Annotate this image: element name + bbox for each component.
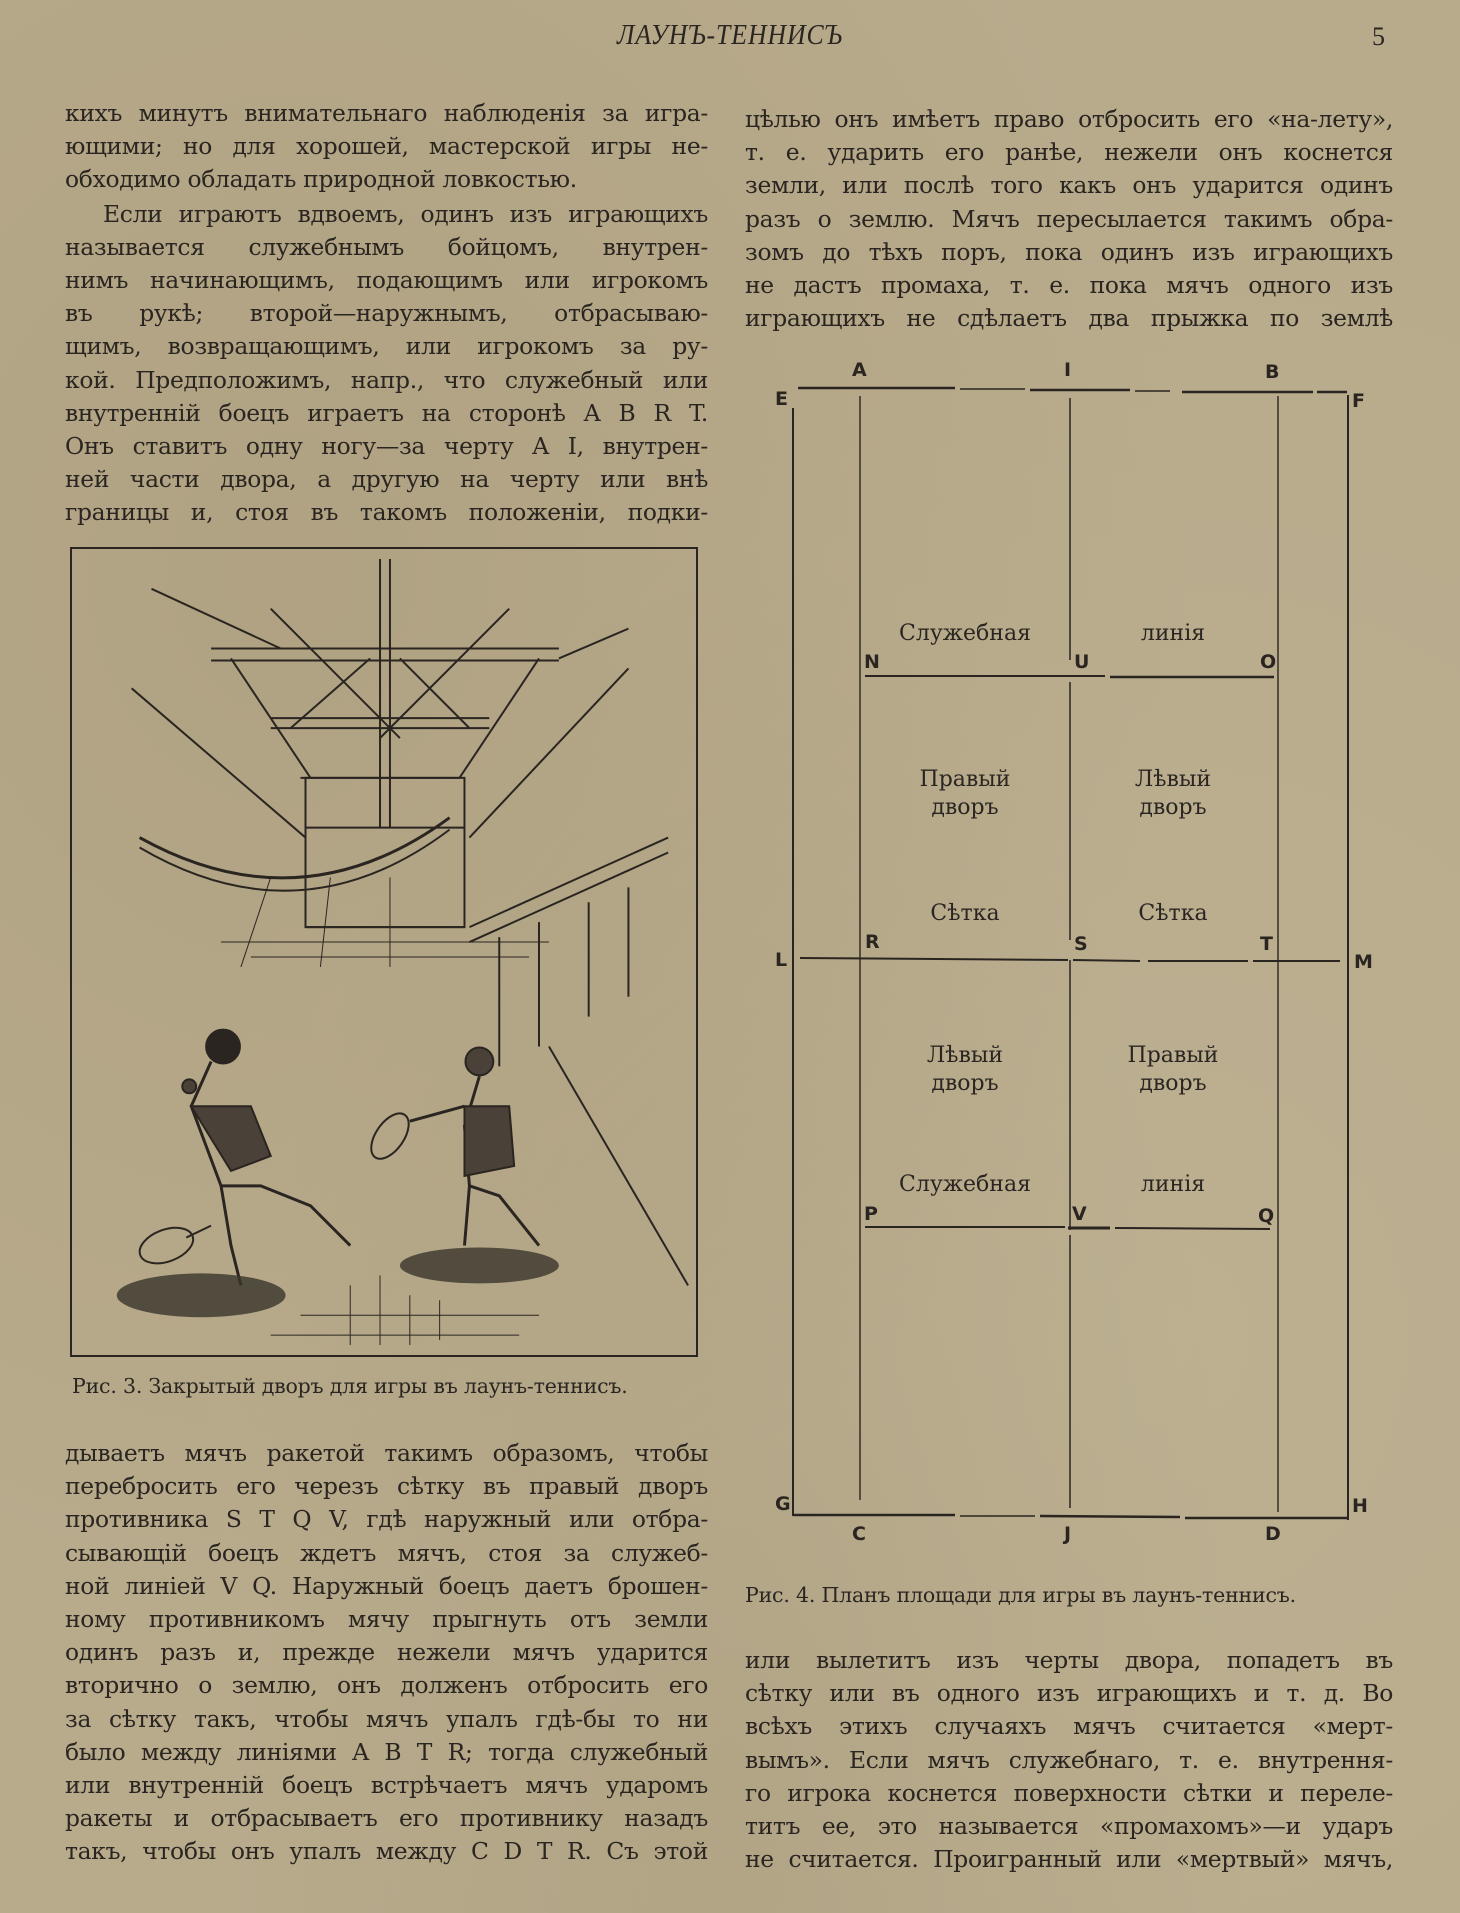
text-line: играющихъ не сдѣлаетъ два прыжка по земл… [745, 302, 1393, 335]
zone-label-lower-left-court-1: Лѣвый [927, 1043, 1003, 1068]
text-line: вымъ». Если мячъ служебнаго, т. е. внутр… [745, 1744, 1393, 1777]
paragraph-continuation: кихъ минутъ внимательнаго наблюденія за … [65, 97, 708, 197]
zone-label-lower-left-court-2: дворъ [931, 1071, 998, 1096]
text-line: ющими; но для хорошей, мастерской игры н… [65, 130, 708, 163]
text-line: вторично о землю, онъ долженъ отбросить … [65, 1669, 708, 1702]
zone-label-service-top-left: Служебная [899, 621, 1031, 646]
text-line: такъ, чтобы онъ упалъ между C D T R. Съ … [65, 1835, 708, 1868]
text-line: Онъ ставитъ одну ногу—за черту A I, внут… [65, 430, 708, 463]
zone-label-net-left: Сѣтка [930, 901, 999, 926]
point-label-T: T [1260, 933, 1273, 955]
text-line: внутренній боецъ играетъ на сторонѣ A B … [65, 397, 708, 430]
text-line: земли, или послѣ того какъ онъ ударится … [745, 169, 1393, 202]
point-label-R: R [865, 931, 880, 953]
figure-3-illustration [70, 547, 698, 1357]
text-line: разъ о землю. Мячъ пересылается такимъ о… [745, 203, 1393, 236]
text-line: нимъ начинающимъ, подающимъ или игрокомъ [65, 264, 708, 297]
left-column-bottom-text: дываетъ мячъ ракетой такимъ образомъ, чт… [65, 1437, 708, 1869]
figure-3-caption: Рис. 3. Закрытый дворъ для игры въ лаунъ… [72, 1374, 628, 1398]
text-line: ной линіей V Q. Наружный боецъ даетъ бро… [65, 1570, 708, 1603]
text-line: въ рукѣ; второй—наружнымъ, отбрасываю- [65, 297, 708, 330]
text-line: зомъ до тѣхъ поръ, пока одинъ изъ играющ… [745, 236, 1393, 269]
zone-label-service-bottom-right: линія [1141, 1172, 1205, 1197]
zone-label-lower-right-court-1: Правый [1128, 1043, 1219, 1068]
point-label-V: V [1072, 1203, 1087, 1225]
paragraph-dead-ball: или вылетитъ изъ черты двора, попадетъ в… [745, 1644, 1393, 1876]
text-line: было между линіями A B T R; тогда служеб… [65, 1736, 708, 1769]
text-line: границы и, стоя въ такомъ положеніи, под… [65, 496, 708, 529]
point-label-S: S [1074, 933, 1088, 955]
point-label-O: O [1260, 651, 1276, 673]
point-label-E: E [775, 388, 788, 410]
point-label-C: C [852, 1523, 866, 1545]
text-line: не дастъ промаха, т. е. пока мячъ одного… [745, 269, 1393, 302]
figure-4-caption: Рис. 4. Планъ площади для игры въ лаунъ-… [745, 1583, 1296, 1607]
point-label-L: L [775, 949, 787, 971]
text-line: перебросить его черезъ сѣтку въ правый д… [65, 1470, 708, 1503]
text-line: дываетъ мячъ ракетой такимъ образомъ, чт… [65, 1437, 708, 1470]
point-label-F: F [1352, 390, 1365, 412]
point-label-I: I [1064, 359, 1071, 381]
text-line: или внутренній боецъ встрѣчаетъ мячъ уда… [65, 1769, 708, 1802]
text-line: титъ ее, это называется «промахомъ»—и уд… [745, 1810, 1393, 1843]
indoor-court-engraving-icon [72, 549, 696, 1355]
right-column-bottom-text: или вылетитъ изъ черты двора, попадетъ в… [745, 1644, 1393, 1876]
text-line: сывающій боецъ ждетъ мячъ, стоя за служе… [65, 1537, 708, 1570]
zone-label-service-top-right: линія [1141, 621, 1205, 646]
text-line: ракеты и отбрасываетъ его противнику наз… [65, 1802, 708, 1835]
text-line: Если играютъ вдвоемъ, одинъ изъ играющих… [65, 198, 708, 231]
paragraph-serve: дываетъ мячъ ракетой такимъ образомъ, чт… [65, 1437, 708, 1869]
point-label-M: M [1354, 951, 1373, 973]
point-label-H: H [1352, 1495, 1368, 1517]
text-line: ней части двора, а другую на черту или в… [65, 463, 708, 496]
text-line: кихъ минутъ внимательнаго наблюденія за … [65, 97, 708, 130]
text-line: одинъ разъ и, прежде нежели мячъ ударитс… [65, 1636, 708, 1669]
point-label-A: A [852, 359, 867, 381]
zone-label-upper-left-court-1: Лѣвый [1135, 767, 1211, 792]
point-label-Q: Q [1258, 1205, 1274, 1227]
text-line: называется служебнымъ бойцомъ, внутрен- [65, 231, 708, 264]
text-line: не считается. Проигранный или «мертвый» … [745, 1843, 1393, 1876]
zone-label-upper-right-court-2: дворъ [931, 795, 998, 820]
text-line: или вылетитъ изъ черты двора, попадетъ в… [745, 1644, 1393, 1677]
zone-label-net-right: Сѣтка [1138, 901, 1207, 926]
point-label-P: P [864, 1203, 878, 1225]
court-plan-diagram-icon: E A I B F N U O R S T L M P V Q G C J D … [760, 340, 1420, 1560]
page-number: 5 [1372, 22, 1385, 52]
text-line: сѣтку или въ одного изъ играющихъ и т. д… [745, 1677, 1393, 1710]
text-line: т. е. ударить его ранѣе, нежели онъ косн… [745, 136, 1393, 169]
left-column-top-text: кихъ минутъ внимательнаго наблюденія за … [65, 97, 708, 530]
paragraph-volley: цѣлью онъ имѣетъ право отбросить его «на… [745, 103, 1393, 335]
text-line: цѣлью онъ имѣетъ право отбросить его «на… [745, 103, 1393, 136]
text-line: за сѣтку такъ, чтобы мячъ упалъ гдѣ-бы т… [65, 1703, 708, 1736]
zone-label-upper-left-court-2: дворъ [1139, 795, 1206, 820]
right-column-top-text: цѣлью онъ имѣетъ право отбросить его «на… [745, 103, 1393, 335]
running-title: ЛАУНЪ-ТЕННИСЪ [58, 20, 1401, 52]
text-line: щимъ, возвращающимъ, или игрокомъ за ру- [65, 330, 708, 363]
text-line: противника S T Q V, гдѣ наружный или отб… [65, 1503, 708, 1536]
point-label-D: D [1265, 1523, 1281, 1545]
point-label-G: G [775, 1493, 791, 1515]
text-line: кой. Предположимъ, напр., что служебный … [65, 364, 708, 397]
figure-4-court-plan: E A I B F N U O R S T L M P V Q G C J D … [760, 340, 1420, 1560]
zone-label-upper-right-court-1: Правый [920, 767, 1011, 792]
text-line: обходимо обладать природной ловкостью. [65, 163, 708, 196]
text-line: го игрока коснется поверхности сѣтки и п… [745, 1777, 1393, 1810]
point-label-U: U [1074, 651, 1089, 673]
zone-label-lower-right-court-2: дворъ [1139, 1071, 1206, 1096]
point-label-B: B [1265, 361, 1279, 383]
point-label-N: N [864, 651, 880, 673]
paragraph-players: Если играютъ вдвоемъ, одинъ изъ играющих… [65, 198, 708, 530]
text-line: всѣхъ этихъ случаяхъ мячъ считается «мер… [745, 1710, 1393, 1743]
text-line: ному противникомъ мячу прыгнуть отъ земл… [65, 1603, 708, 1636]
zone-label-service-bottom-left: Служебная [899, 1172, 1031, 1197]
point-label-J: J [1062, 1523, 1071, 1545]
